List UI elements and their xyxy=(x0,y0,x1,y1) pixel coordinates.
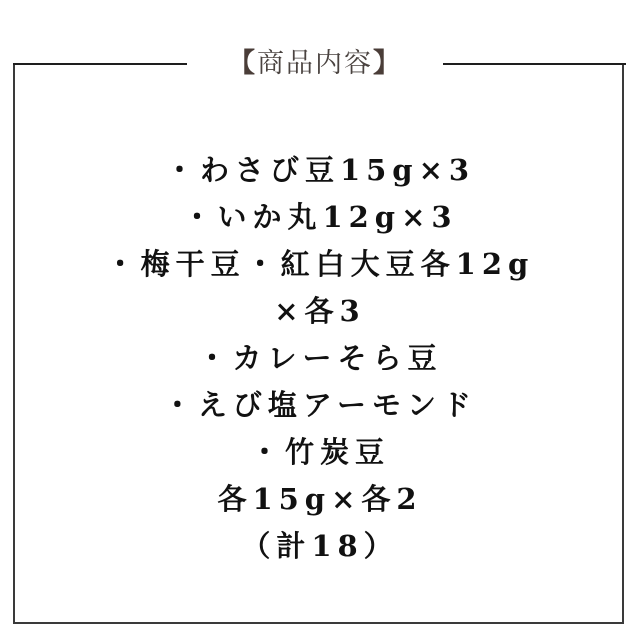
section-title: 【商品内容】 xyxy=(187,44,443,84)
list-total: （計18） xyxy=(40,523,600,570)
list-item: ・えび塩アーモンド xyxy=(40,382,600,429)
list-item: ・梅干豆・紅白大豆各12g xyxy=(40,241,600,288)
frame-top-right-line xyxy=(443,63,626,65)
list-item: ・カレーそら豆 xyxy=(40,335,600,382)
list-item-continuation: ×各3 xyxy=(40,288,600,335)
list-item: ・竹炭豆 xyxy=(40,429,600,476)
title-close-bracket: 】 xyxy=(373,48,402,79)
list-item-quantity: 各15g×各2 xyxy=(40,476,600,523)
title-open-bracket: 【 xyxy=(228,48,257,79)
title-text: 商品内容 xyxy=(257,48,373,79)
frame-top-left-line xyxy=(13,63,187,65)
list-item: ・いか丸12g×3 xyxy=(40,194,600,241)
list-item: ・わさび豆15g×3 xyxy=(40,147,600,194)
product-contents-list: ・わさび豆15g×3 ・いか丸12g×3 ・梅干豆・紅白大豆各12g ×各3 ・… xyxy=(40,147,600,570)
